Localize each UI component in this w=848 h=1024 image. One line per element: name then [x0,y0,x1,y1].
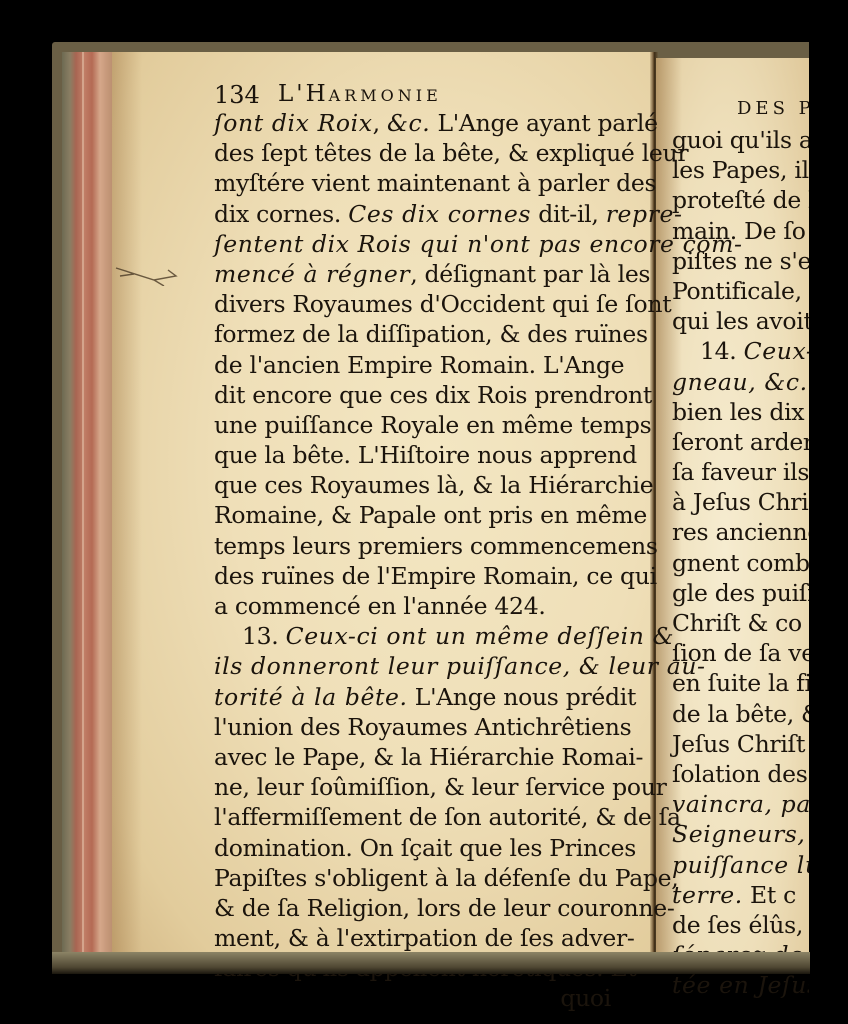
roman-text: 14. [700,337,744,365]
italic-text: tée en Jeſus [672,971,820,999]
italic-text: Ces dix cornes [348,200,531,228]
text-line: 13. Ceux-ci ont un même deſſein & [214,621,611,651]
italic-text: mencé à régner [214,260,410,288]
roman-text: ment, & à l'extirpation de ſes adver- [214,924,635,952]
roman-text: Pontificale, r [672,277,820,305]
text-line: a commencé en l'année 424. [214,591,611,621]
roman-text: des ruïnes de l'Empire Romain, ce qui [214,562,657,590]
roman-text: Chriſt & co [672,609,802,637]
roman-text: dit encore que ces dix Rois prendront [214,381,652,409]
roman-text: temps leurs premiers commencemens [214,532,658,560]
italic-text: ils donneront leur puiſſance, & leur au- [214,652,706,680]
text-line: ils donneront leur puiſſance, & leur au- [214,651,611,681]
text-line: des ſept têtes de la bête, & expliqué le… [214,138,611,168]
text-line: myſtére vient maintenant à parler des [214,168,611,198]
roman-text: a commencé en l'année 424. [214,592,546,620]
roman-text: ne, leur ſoûmiſſion, & leur ſervice pour [214,773,667,801]
text-line: une puiſſance Royale en même temps [214,410,611,440]
text-line: avec le Pape, & la Hiérarchie Romai- [214,742,611,772]
italic-text: vaincra, pa [672,790,811,818]
text-line: l'affermiſſement de ſon autorité, & de ſ… [214,802,611,832]
italic-text: ſentent dix Rois qui n'ont pas encore co… [214,230,743,258]
text-line: dit encore que ces dix Rois prendront [214,380,611,410]
italic-text: puiſſance lui [672,851,829,879]
text-line: de l'ancien Empire Romain. L'Ange [214,350,611,380]
roman-text: des ſept têtes de la bête, & expliqué le… [214,139,688,167]
text-line: & de ſa Religion, lors de leur couronne- [214,893,611,923]
roman-text: formez de la diſſipation, & des ruïnes [214,320,648,348]
roman-text: gle des puiſſ [672,579,816,607]
roman-text: en ſuite la fi [672,669,812,697]
text-line: des ruïnes de l'Empire Romain, ce qui [214,561,611,591]
italic-text: Ceux-ci ont un même deſſein & [286,622,674,650]
text-line: domination. On ſçait que les Princes [214,833,611,863]
roman-text: gnent combi [672,549,817,577]
cover-bottom-edge [52,952,810,974]
roman-text: dix cornes. [214,200,348,228]
roman-text: les Papes, ils [672,156,821,184]
roman-text: que ces Royaumes là, & la Hiérarchie [214,471,653,499]
text-line: ſentent dix Rois qui n'ont pas encore co… [214,229,611,259]
roman-text: une puiſſance Royale en même temps [214,411,651,439]
italic-text: ſont dix Roix [214,109,373,137]
roman-text: ſion de ſa ver [672,639,826,667]
text-line: que la bête. L'Hiſtoire nous apprend [214,440,611,470]
roman-text: de l'ancien Empire Romain. L'Ange [214,351,624,379]
roman-text: ſeront ardens [672,428,830,456]
page-number: 134 [214,81,260,109]
roman-text: 13. [242,622,286,650]
text-line: temps leurs premiers commencemens [214,531,611,561]
text-line: ſont dix Roix, &c. L'Ange ayant parlé [214,108,611,138]
roman-text: bien les dix R [672,398,829,426]
roman-text: domination. On ſçait que les Princes [214,834,636,862]
text-line: Romaine, & Papale ont pris en même [214,500,611,530]
text-line: dix cornes. Ces dix cornes dit-il, repre… [214,199,611,229]
roman-text: Romaine, & Papale ont pris en même [214,501,647,529]
roman-text: myſtére vient maintenant à parler des [214,169,656,197]
margin-arrow-icon [114,262,182,286]
italic-text: terre. [672,881,743,909]
text-line: ne, leur ſoûmiſſion, & leur ſervice pour [214,772,611,802]
catchword: quoi [214,983,611,1013]
roman-text: main. De ſo [672,217,806,245]
roman-text: ſolation des [672,760,808,788]
running-head-initial: L'H [278,81,329,107]
left-page-text: ſont dix Roix, &c. L'Ange ayant parlédes… [214,108,611,1014]
text-line: que ces Royaumes là, & la Hiérarchie [214,470,611,500]
roman-text: & de ſa Religion, lors de leur couronne- [214,894,674,922]
text-line: ment, & à l'extirpation de ſes adver- [214,923,611,953]
text-line: Papiſtes s'obligent à la défenſe du Pape… [214,863,611,893]
roman-text: Jeſus Chriſt [672,730,805,758]
roman-text: de ſes élûs, [672,911,803,939]
running-head-rest: ARMONIE [329,86,442,105]
text-line: mencé à régner, déſignant par là les [214,259,611,289]
roman-text: Papiſtes s'obligent à la défenſe du Pape… [214,864,678,892]
italic-text: &c. [387,109,430,137]
roman-text: que la bête. L'Hiſtoire nous apprend [214,441,637,469]
roman-text: Et c [743,881,796,909]
roman-text: de la bête, & [672,700,822,728]
roman-text: dit-il, [531,200,606,228]
roman-text: l'affermiſſement de ſon autorité, & de ſ… [214,803,681,831]
roman-text: l'union des Royaumes Antichrêtiens [214,713,631,741]
text-line: l'union des Royaumes Antichrêtiens [214,712,611,742]
right-running-head: DES P [737,98,815,119]
running-head-title: L'HARMONIE [278,81,442,107]
roman-text: , déſignant par là les [410,260,650,288]
roman-text: L'Ange nous prédit [408,683,637,711]
background-edge [809,0,848,1024]
roman-text: avec le Pape, & la Hiérarchie Romai- [214,743,643,771]
text-line: divers Royaumes d'Occident qui ſe ſont [214,289,611,319]
roman-text: guoi qu'ils ay [672,126,826,154]
left-running-head: 134 L'HARMONIE [214,81,554,111]
text-line: formez de la diſſipation, & des ruïnes [214,319,611,349]
italic-text: torité à la bête. [214,683,408,711]
page-fore-edge [62,52,114,958]
italic-text: gneau, &c. [672,368,808,396]
roman-text: à Jeſus Chriſt [672,488,826,516]
roman-text: L'Ange ayant parlé [430,109,657,137]
text-line: torité à la bête. L'Ange nous prédit [214,682,611,712]
roman-text: , [373,109,387,137]
roman-text: divers Royaumes d'Occident qui ſe ſont [214,290,671,318]
